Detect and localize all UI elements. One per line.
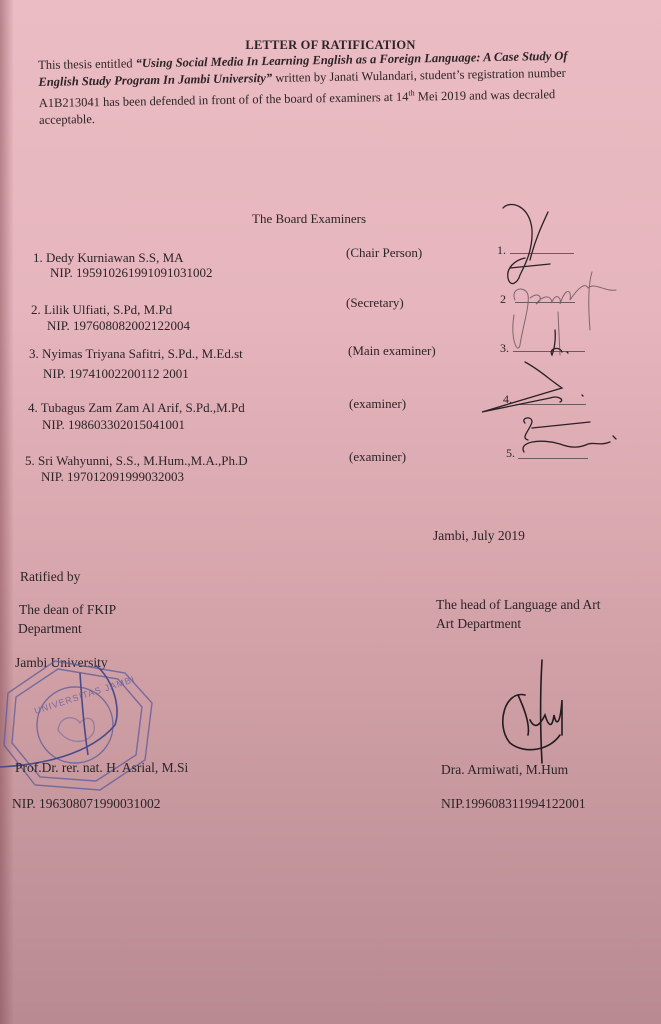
examiner-1-nip: NIP. 195910261991091031002 xyxy=(50,265,213,281)
examiner-4-name: 4. Tubagus Zam Zam Al Arif, S.Pd.,M.Pd xyxy=(28,400,245,416)
examiner-3-role: (Main examiner) xyxy=(348,343,436,359)
place-date: Jambi, July 2019 xyxy=(433,528,525,544)
examiner-1-role: (Chair Person) xyxy=(346,245,422,261)
examiner-5-name: 5. Sri Wahyunni, S.S., M.Hum.,M.A.,Ph.D xyxy=(25,453,248,469)
dean-nip: NIP. 196308071990031002 xyxy=(12,796,161,812)
examiner-5-nip: NIP. 197012091999032003 xyxy=(41,469,184,485)
ratified-by-label: Ratified by xyxy=(20,569,80,585)
examiner-2-name: 2. Lilik Ulfiati, S.Pd, M.Pd xyxy=(31,302,172,318)
dean-position-line1: The dean of FKIP xyxy=(19,602,116,618)
examiner-3-name: 3. Nyimas Triyana Safitri, S.Pd., M.Ed.s… xyxy=(29,346,243,362)
intro-prefix: This thesis entitled xyxy=(38,56,136,72)
head-signature xyxy=(490,655,580,765)
head-position-line2: Art Department xyxy=(436,616,521,632)
intro-paragraph: This thesis entitled “Using Social Media… xyxy=(38,47,611,129)
dean-position-line2: Department xyxy=(18,621,82,637)
examiner-3-nip: NIP. 19741002200112 2001 xyxy=(43,366,189,382)
examiner-5-role: (examiner) xyxy=(349,449,406,465)
examiner-4-role: (examiner) xyxy=(349,396,406,412)
head-name: Dra. Armiwati, M.Hum xyxy=(441,762,568,778)
head-position-line1: The head of Language and Art xyxy=(436,597,601,613)
examiner-1-name: 1. Dedy Kurniawan S.S, MA xyxy=(33,250,184,266)
head-nip: NIP.199608311994122001 xyxy=(441,796,586,812)
examiner-2-nip: NIP. 197608082002122004 xyxy=(47,318,190,334)
examiner-signatures xyxy=(470,190,660,480)
examiner-4-nip: NIP. 198603302015041001 xyxy=(42,417,185,433)
board-heading: The Board Examiners xyxy=(252,211,366,227)
dean-name: Prof.Dr. rer. nat. H. Asrial, M.Si xyxy=(15,760,188,776)
page-edge-shadow xyxy=(0,0,14,1024)
examiner-2-role: (Secretary) xyxy=(346,295,404,311)
